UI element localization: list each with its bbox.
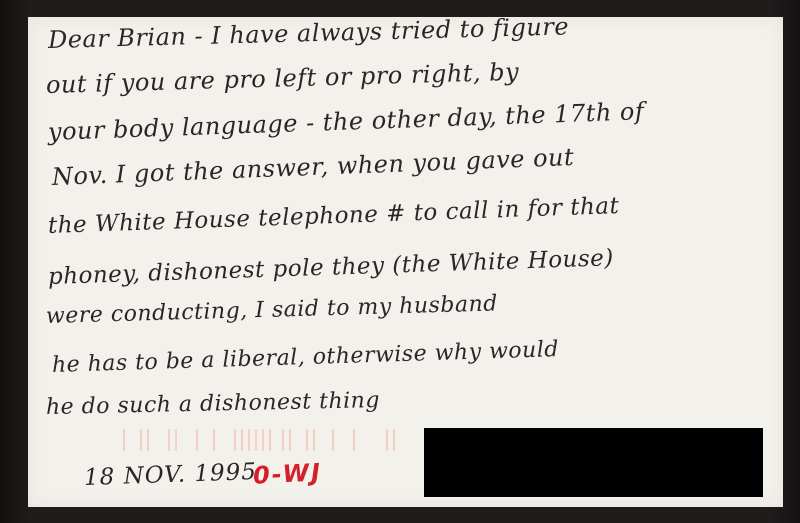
date-stamp: 18 NOV. 1995 — [84, 459, 258, 491]
letter-line-2: out if you are pro left or pro right, by — [46, 58, 520, 99]
letter-line-1: Dear Brian - I have always tried to figu… — [48, 12, 570, 54]
letter-line-8: he has to be a liberal, otherwise why wo… — [52, 337, 560, 378]
letter-line-6: phoney, dishonest pole they (the White H… — [48, 245, 615, 290]
postcard: Dear Brian - I have always tried to figu… — [28, 17, 783, 507]
scan-background: Dear Brian - I have always tried to figu… — [0, 0, 800, 523]
office-code-stamp: 0-WJ — [252, 458, 322, 490]
letter-line-5: the White House telephone # to call in f… — [48, 193, 620, 239]
letter-line-9: he do such a dishonest thing — [46, 388, 380, 420]
letter-line-7: were conducting, I said to my husband — [46, 291, 498, 329]
redaction-box — [424, 428, 763, 497]
letter-line-4: Nov. I got the answer, when you gave out — [51, 143, 574, 191]
letter-line-3: your body language - the other day, the … — [48, 97, 645, 146]
